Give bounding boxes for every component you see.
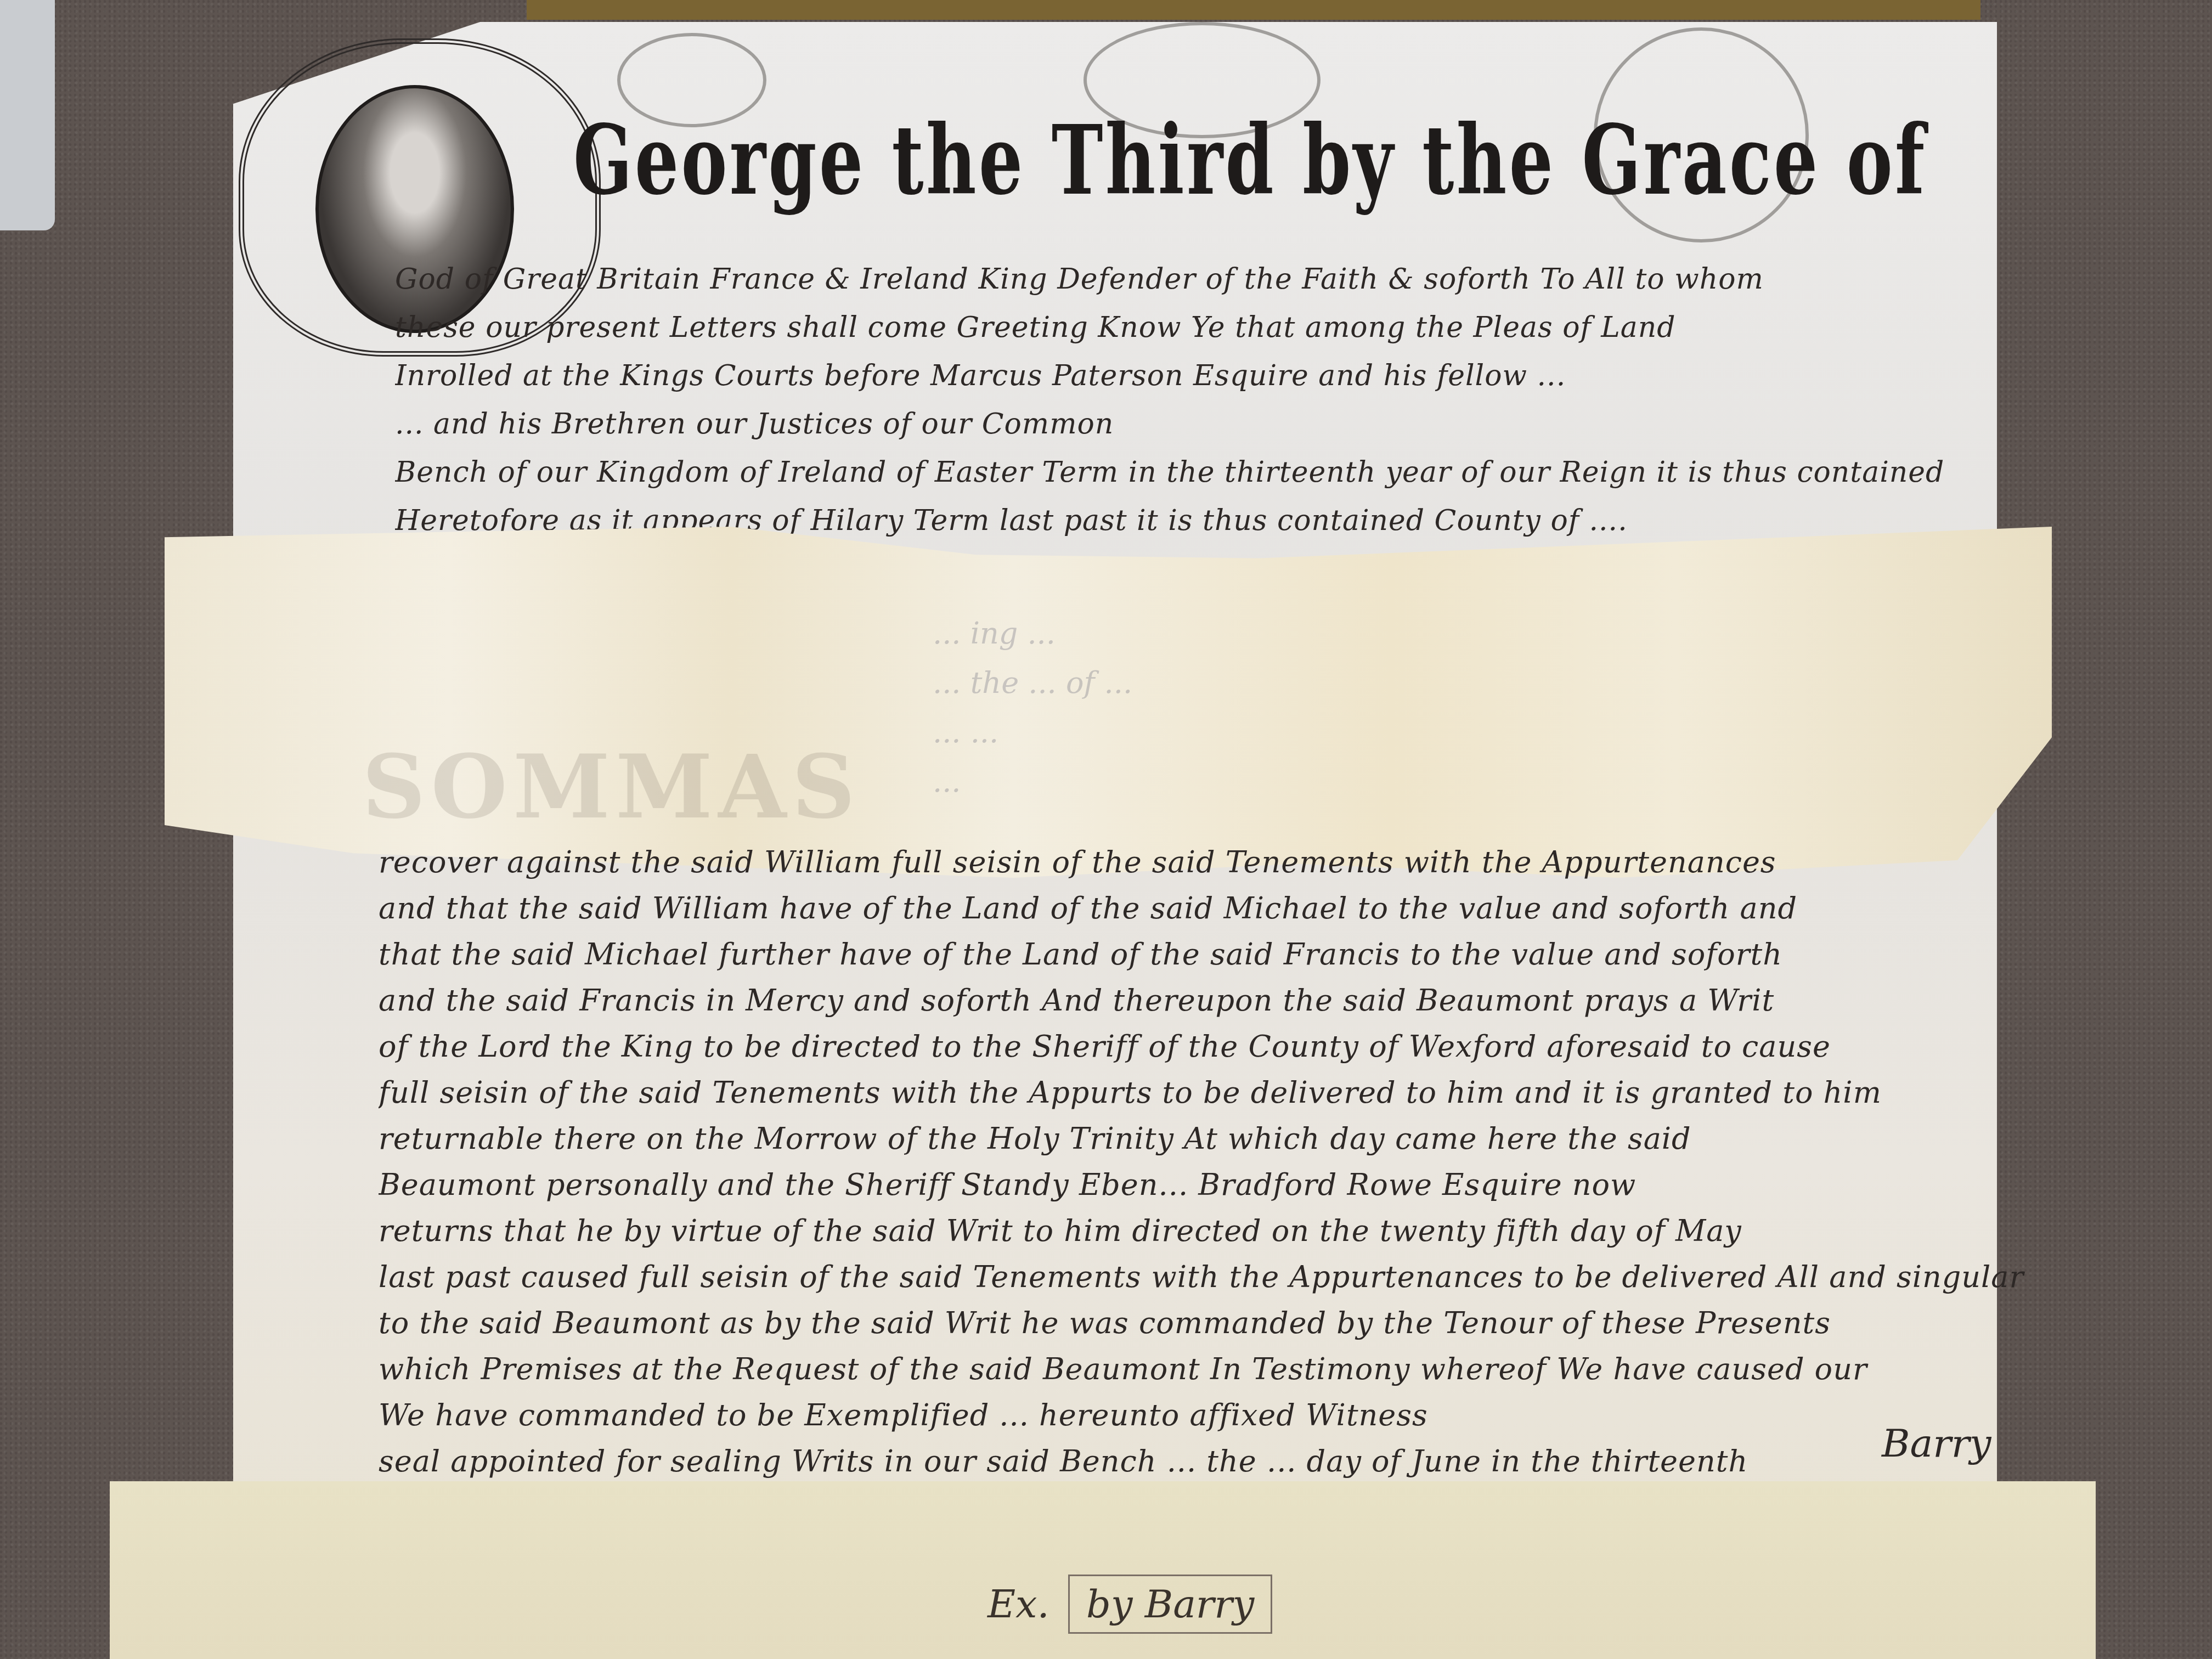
flap-bleedthrough-letters: SOMMAS — [362, 735, 861, 838]
endorsement: Ex. by Barry — [988, 1575, 1272, 1634]
text-line: that the said Michael further have of th… — [379, 932, 2112, 978]
text-line: returns that he by virtue of the said Wr… — [379, 1208, 2112, 1254]
signature-barry: Barry — [1882, 1421, 1991, 1466]
endorsement-prefix: Ex. — [988, 1582, 1049, 1627]
text-line: these our present Letters shall come Gre… — [395, 303, 1991, 352]
text-line: God of Great Britain France & Ireland Ki… — [395, 255, 1991, 303]
text-line: and that the said William have of the La… — [379, 885, 2112, 932]
text-line: Inrolled at the Kings Courts before Marc… — [395, 352, 1991, 400]
text-line: Beaumont personally and the Sheriff Stan… — [379, 1162, 2112, 1208]
endorsement-box: by Barry — [1068, 1575, 1272, 1634]
lower-text-block: recover against the said William full se… — [379, 839, 2112, 1577]
text-line: of the Lord the King to be directed to t… — [379, 1024, 2112, 1070]
text-line: We have commanded to be Exemplified ... … — [379, 1392, 2112, 1438]
text-line: returnable there on the Morrow of the Ho… — [379, 1116, 2112, 1162]
scrap-paper — [0, 0, 55, 230]
text-line: seal appointed for sealing Writs in our … — [379, 1438, 2112, 1485]
text-line: Bench of our Kingdom of Ireland of Easte… — [395, 448, 1991, 496]
box-edge — [527, 0, 1980, 20]
folded-flap: ... ing ... ... the ... of ... ... ... .… — [165, 527, 2052, 878]
text-line: and the said Francis in Mercy and sofort… — [379, 978, 2112, 1024]
text-line: last past caused full seisin of the said… — [379, 1254, 2112, 1300]
text-line: ... and his Brethren our Justices of our… — [395, 400, 1991, 448]
text-line: which Premises at the Request of the sai… — [379, 1346, 2112, 1392]
text-line: to the said Beaumont as by the said Writ… — [379, 1300, 2112, 1346]
flap-faint-text: ... ing ... ... the ... of ... ... ... .… — [933, 609, 1132, 806]
text-line: full seisin of the said Tenements with t… — [379, 1070, 2112, 1116]
document-title: George the Third by the Grace of — [573, 104, 1600, 217]
text-line: recover against the said William full se… — [379, 839, 2112, 885]
document-header: George the Third by the Grace of — [233, 22, 1997, 252]
